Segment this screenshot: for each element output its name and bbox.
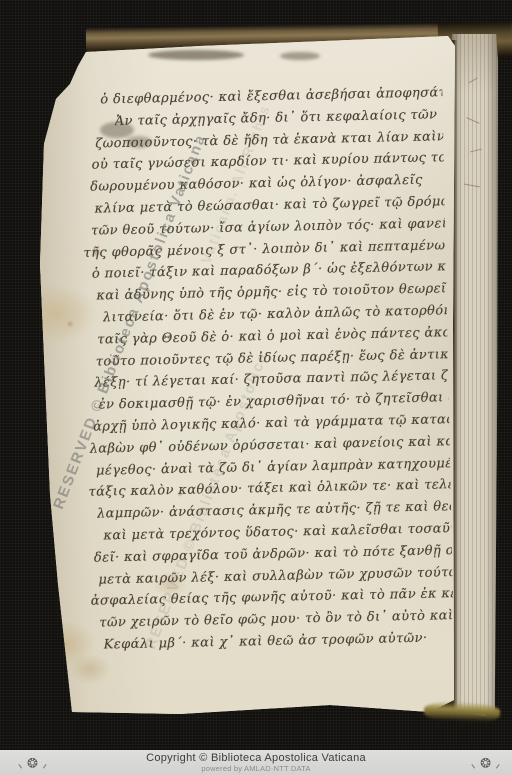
vatican-emblem-right-icon: ❂	[473, 756, 498, 769]
page-bottom-edge-highlight	[424, 701, 501, 724]
copyright-line: Copyright © Biblioteca Apostolica Vatica…	[146, 752, 366, 764]
vatican-emblem-left-icon: ❂	[20, 756, 45, 769]
greek-handwritten-text: ὁ διεφθαρμένος· καὶ ἔξεσθαι ἀσεβήσαι ἀπο…	[80, 82, 454, 656]
powered-by-line: powered by AMLAD·NTT DATA	[201, 765, 310, 773]
page-smudge	[148, 50, 244, 60]
book-fore-edge-pages	[452, 34, 498, 716]
page-smudge	[40, 664, 66, 684]
digitized-manuscript-viewer: ὁ διεφθαρμένος· καὶ ἔξεσθαι ἀσεβήσαι ἀπο…	[0, 0, 512, 775]
copyright-text-block: Copyright © Biblioteca Apostolica Vatica…	[146, 752, 366, 773]
page-smudge	[280, 52, 320, 60]
copyright-bar: ❂ Copyright © Biblioteca Apostolica Vati…	[0, 750, 512, 775]
manuscript-page: ὁ διεφθαρμένος· καὶ ἔξεσθαι ἀσεβήσαι ἀπο…	[30, 24, 462, 722]
